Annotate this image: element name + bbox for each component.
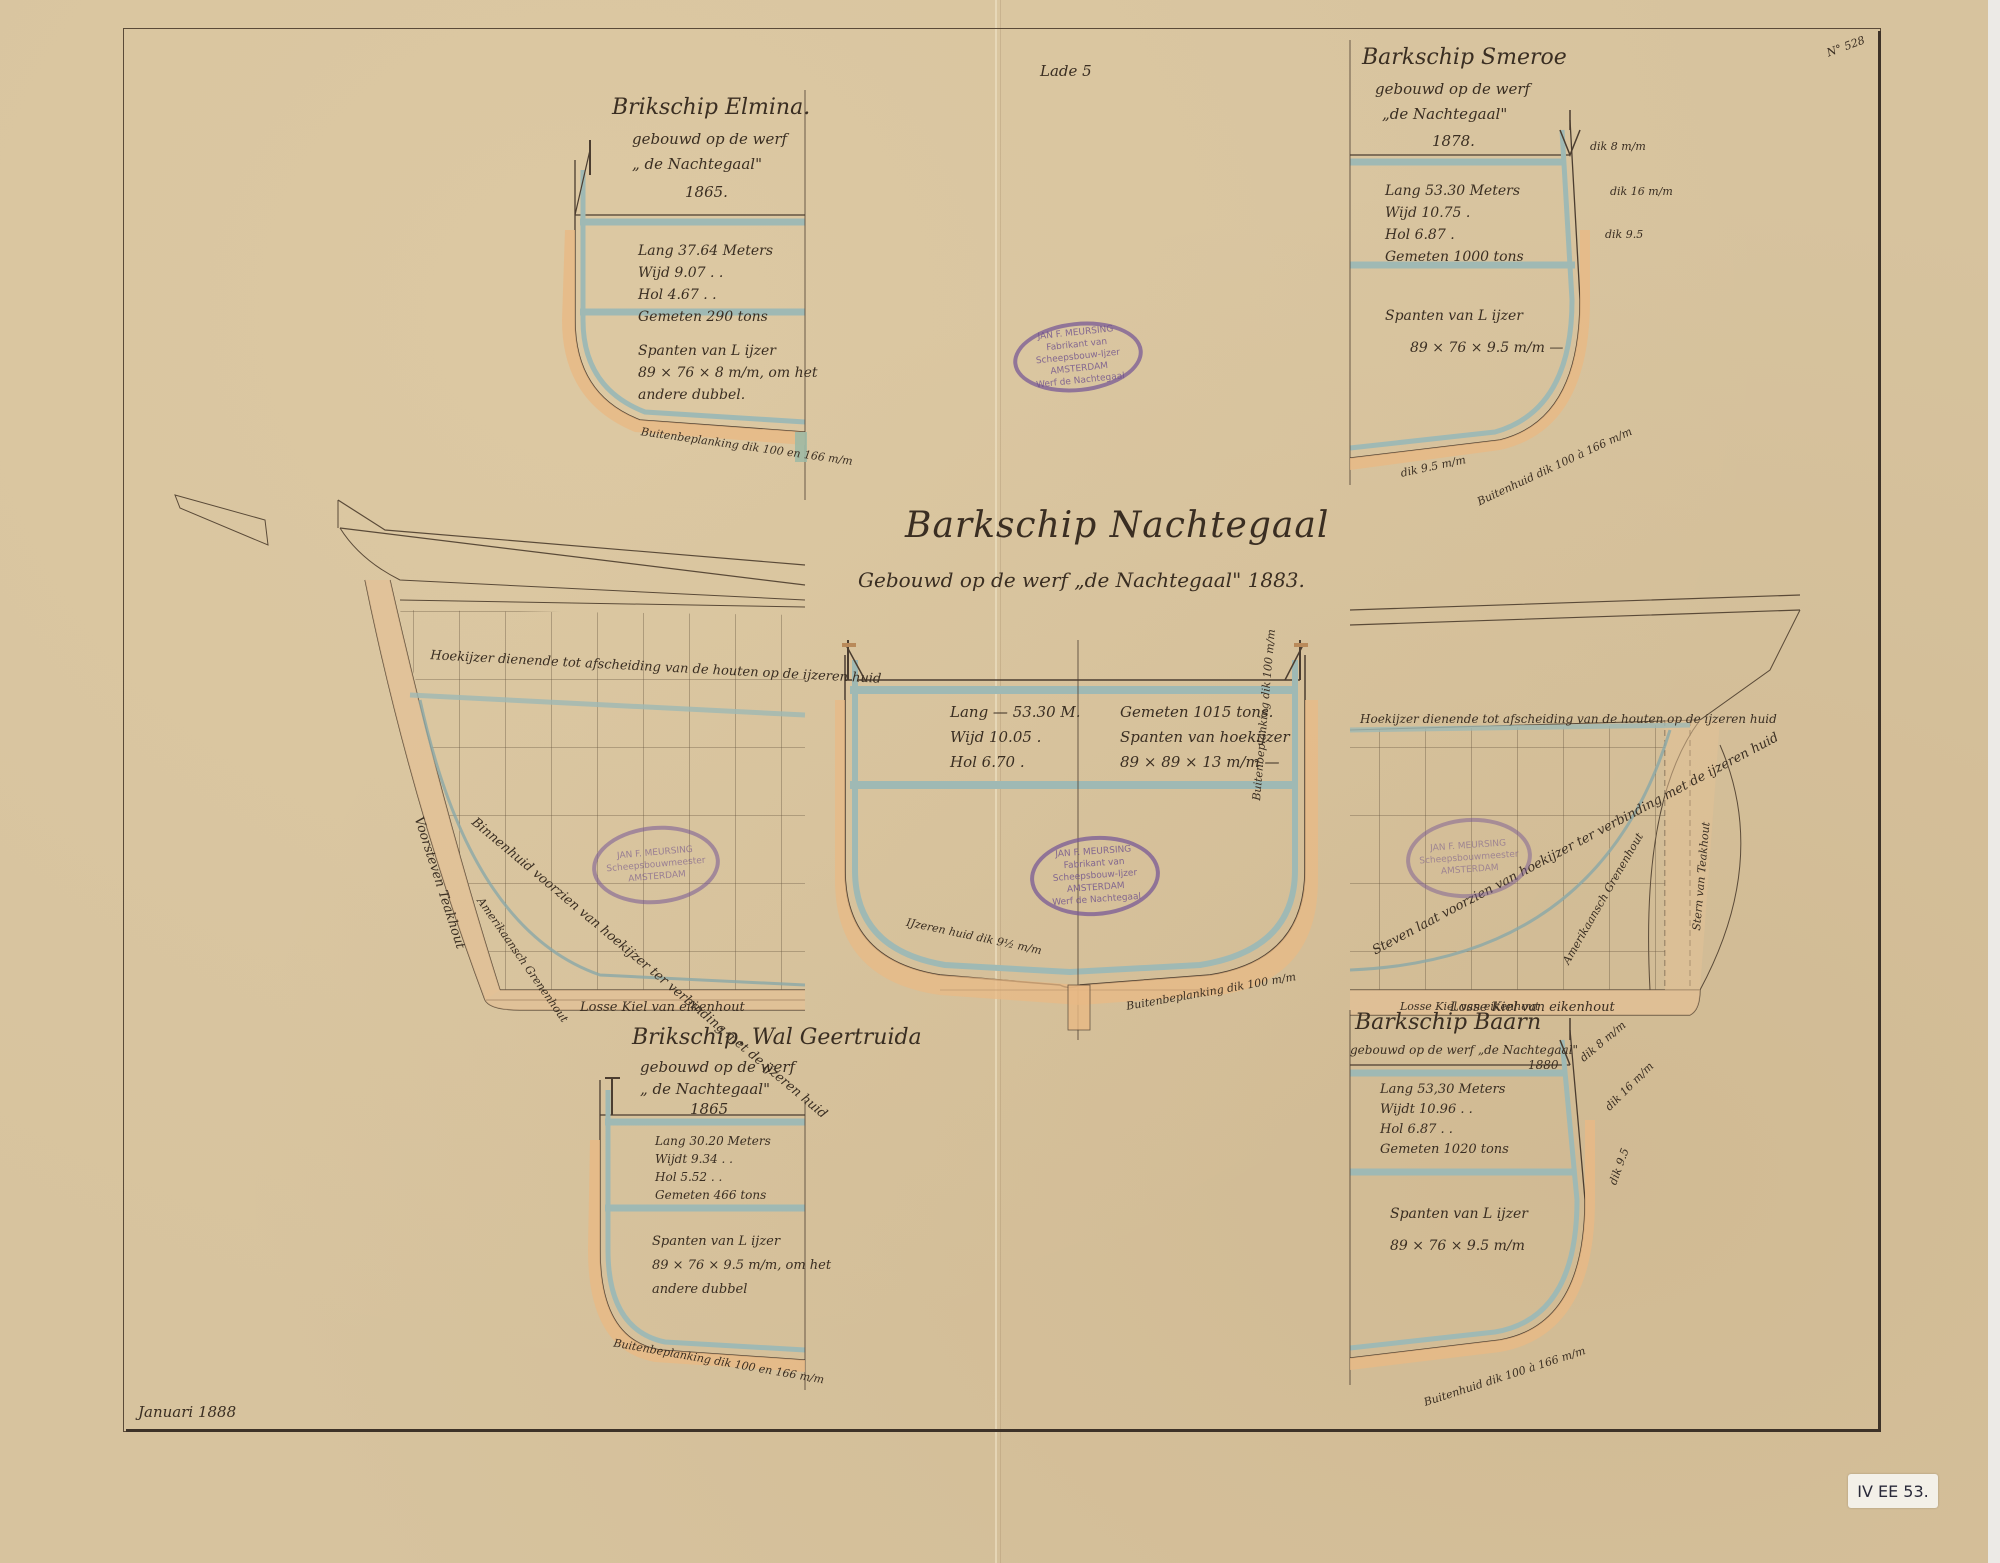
baarn-frame-type: Spanten van L ijzer: [1390, 1198, 1528, 1230]
baarn-title: Barkschip Baarn: [1355, 1010, 1541, 1035]
smeroe-line1: gebouwd op de werf: [1375, 80, 1530, 98]
main-title: Barkschip Nachtegaal: [905, 505, 1329, 546]
main-specs-left: Lang — 53.30 M. Wijd 10.05 . Hol 6.70 .: [950, 700, 1081, 775]
walgertruida-line2: „ de Nachtegaal": [640, 1080, 770, 1098]
baarn-spec-gemeten: Gemeten 1020 tons: [1380, 1140, 1509, 1160]
walgertruida-line1: gebouwd op de werf: [640, 1058, 795, 1076]
smeroe-title: Barkschip Smeroe: [1362, 45, 1567, 70]
baarn-note-5: Losse Kiel van eikenhout: [1400, 1000, 1539, 1013]
baarn-specs: Lang 53,30 Meters Wijdt 10.96 . . Hol 6.…: [1380, 1080, 1509, 1160]
walgertruida-frames: Spanten van L ijzer 89 × 76 × 9.5 m/m, o…: [652, 1230, 831, 1302]
smeroe-frames: Spanten van L ijzer 89 × 76 × 9.5 m/m —: [1385, 300, 1563, 364]
spec-lang: Lang — 53.30 M.: [950, 700, 1081, 725]
drawing-sheet: Lade 5 N° 528 Barkschip Nachtegaal Gebou…: [0, 0, 1988, 1563]
smeroe-note-1: dik 8 m/m: [1590, 140, 1646, 153]
walgertruida-frame-type: Spanten van L ijzer: [652, 1230, 831, 1254]
baarn-spec-hol: Hol 6.87 . .: [1380, 1120, 1509, 1140]
elmina-line2: „ de Nachtegaal": [632, 155, 762, 173]
drawer-label: Lade 5: [1040, 62, 1092, 80]
stern-hoekijzer-note: Hoekijzer dienende tot afscheiding van d…: [1360, 712, 1777, 726]
baarn-frames: Spanten van L ijzer 89 × 76 × 9.5 m/m: [1390, 1198, 1528, 1262]
walgertruida-spec-lang: Lang 30.20 Meters: [655, 1132, 771, 1150]
baarn-frame-size: 89 × 76 × 9.5 m/m: [1390, 1230, 1528, 1262]
elmina-spec-gemeten: Gemeten 290 tons: [638, 306, 773, 328]
main-subtitle: Gebouwd op de werf „de Nachtegaal" 1883.: [858, 568, 1305, 592]
elmina-frame-type: Spanten van L ijzer: [638, 340, 818, 362]
baarn-year: 1880: [1528, 1058, 1559, 1072]
baarn-line1: gebouwd op de werf „de Nachtegaal": [1350, 1043, 1578, 1057]
walgertruida-spec-hol: Hol 5.52 . .: [655, 1168, 771, 1186]
smeroe-line2: „de Nachtegaal": [1382, 105, 1507, 123]
elmina-specs: Lang 37.64 Meters Wijd 9.07 . . Hol 4.67…: [638, 240, 773, 328]
smeroe-specs: Lang 53.30 Meters Wijd 10.75 . Hol 6.87 …: [1385, 180, 1524, 268]
smeroe-spec-wijd: Wijd 10.75 .: [1385, 202, 1524, 224]
smeroe-note-2: dik 16 m/m: [1610, 185, 1673, 198]
smeroe-frame-type: Spanten van L ijzer: [1385, 300, 1563, 332]
drawing-date: Januari 1888: [138, 1403, 236, 1421]
spec-wijd: Wijd 10.05 .: [950, 725, 1081, 750]
spec-hol: Hol 6.70 .: [950, 750, 1081, 775]
smeroe-spec-lang: Lang 53.30 Meters: [1385, 180, 1524, 202]
elmina-spec-hol: Hol 4.67 . .: [638, 284, 773, 306]
elmina-spec-lang: Lang 37.64 Meters: [638, 240, 773, 262]
smeroe-frame-size: 89 × 76 × 9.5 m/m —: [1385, 332, 1563, 364]
archive-label-text: IV EE 53.: [1857, 1482, 1929, 1501]
smeroe-spec-hol: Hol 6.87 .: [1385, 224, 1524, 246]
elmina-frames: Spanten van L ijzer 89 × 76 × 8 m/m, om …: [638, 340, 818, 406]
walgertruida-spec-gemeten: Gemeten 466 tons: [655, 1186, 771, 1204]
walgertruida-frame-note: andere dubbel: [652, 1278, 831, 1302]
archive-label: IV EE 53.: [1848, 1474, 1938, 1508]
elmina-line1: gebouwd op de werf: [632, 130, 787, 148]
elmina-frame-note: andere dubbel.: [638, 384, 818, 406]
smeroe-year: 1878.: [1432, 132, 1475, 150]
bow-kiel-note: Losse Kiel van eikenhout: [580, 1000, 745, 1015]
smeroe-spec-gemeten: Gemeten 1000 tons: [1385, 246, 1524, 268]
elmina-frame-size: 89 × 76 × 8 m/m, om het: [638, 362, 818, 384]
walgertruida-spec-wijd: Wijdt 9.34 . .: [655, 1150, 771, 1168]
baarn-spec-wijd: Wijdt 10.96 . .: [1380, 1100, 1509, 1120]
walgertruida-frame-size: 89 × 76 × 9.5 m/m, om het: [652, 1254, 831, 1278]
elmina-spec-wijd: Wijd 9.07 . .: [638, 262, 773, 284]
walgertruida-specs: Lang 30.20 Meters Wijdt 9.34 . . Hol 5.5…: [655, 1132, 771, 1204]
elmina-title: Brikschip Elmina.: [612, 95, 810, 120]
elmina-year: 1865.: [685, 183, 728, 201]
walgertruida-title: Brikschip. Wal Geertruida: [632, 1025, 922, 1050]
smeroe-note-3: dik 9.5: [1605, 228, 1643, 241]
baarn-spec-lang: Lang 53,30 Meters: [1380, 1080, 1509, 1100]
walgertruida-year: 1865: [690, 1100, 728, 1118]
